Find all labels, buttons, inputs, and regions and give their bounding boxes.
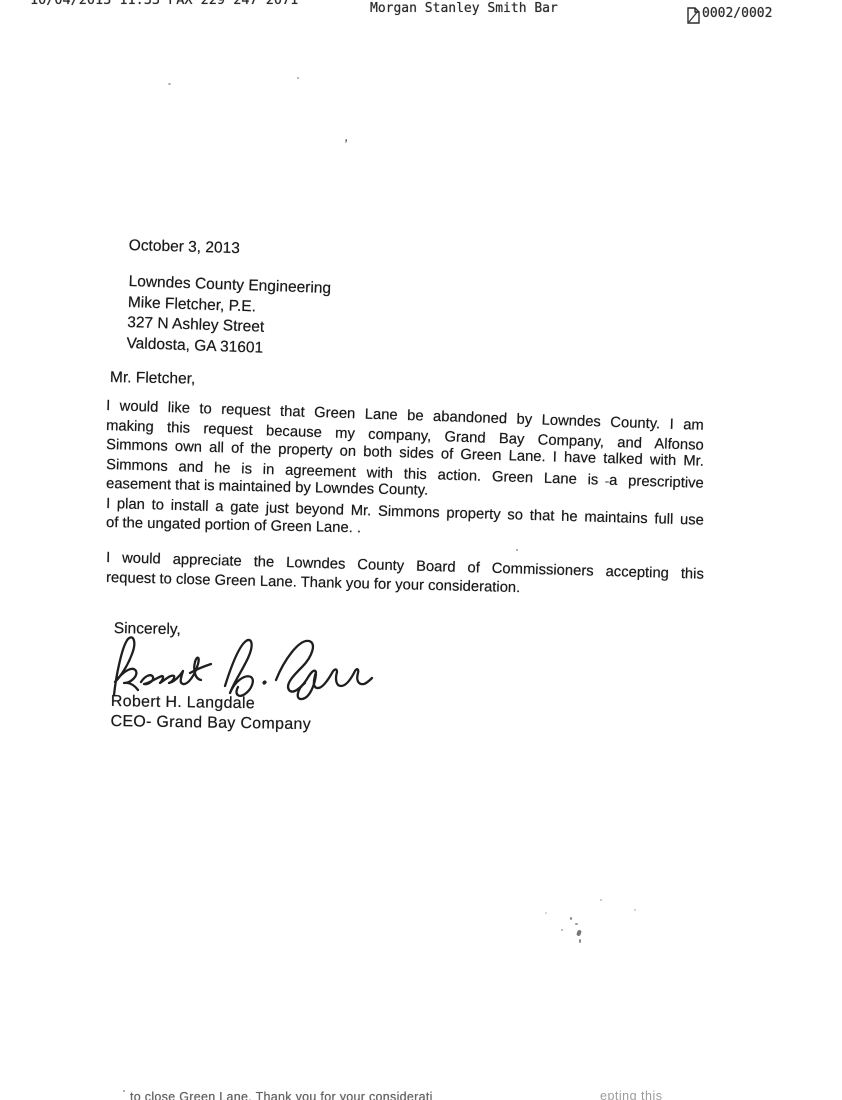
body-paragraph-2: I would appreciate the Lowndes County Bo…: [106, 549, 704, 588]
scan-noise-speck: [545, 912, 547, 914]
fax-page-count: 0002/0002: [686, 6, 772, 24]
bleed-through-text-right: epting this: [600, 1089, 662, 1100]
scan-noise-speck: [168, 83, 171, 85]
letter-date: October 3, 2013: [128, 237, 240, 258]
scan-noise-speck: [600, 899, 602, 901]
stray-apostrophe-mark: ’: [343, 136, 348, 152]
body-paragraph-1: I would like to request that Green Lane …: [106, 397, 704, 534]
fax-sender-name: Morgan Stanley Smith Bar: [370, 1, 558, 16]
scan-noise-speck: [634, 909, 636, 911]
fax-transmission-info: 10/04/2013 11:33 FAX 229 247 2071: [30, 0, 298, 8]
scan-noise-speck: [575, 923, 578, 925]
scan-noise-speck: [297, 77, 299, 79]
signer-title: CEO- Grand Bay Company: [110, 712, 311, 735]
signer-block: Robert H. Langdale CEO- Grand Bay Compan…: [110, 692, 311, 735]
scan-noise-speck: [576, 929, 582, 936]
bleed-through-text-left: to close Green Lane. Thank you for your …: [130, 1090, 433, 1100]
recipient-address-block: Lowndes County Engineering Mike Fletcher…: [126, 272, 331, 361]
salutation: Mr. Fletcher,: [110, 369, 196, 389]
scan-noise-speck: [570, 917, 572, 920]
signature-stroke-robert: [114, 637, 211, 695]
page-sheet-icon: [686, 7, 700, 24]
signature-stroke-h: [225, 640, 265, 696]
scan-noise-speck: [579, 939, 581, 943]
page-count-label: 0002/0002: [702, 6, 772, 21]
scanned-fax-letter-page: 10/04/2013 11:33 FAX 229 247 2071 Morgan…: [0, 0, 842, 1100]
scan-noise-speck: [123, 1090, 125, 1092]
scan-noise-speck: [561, 929, 563, 931]
signature-stroke-langdale: [276, 641, 372, 692]
